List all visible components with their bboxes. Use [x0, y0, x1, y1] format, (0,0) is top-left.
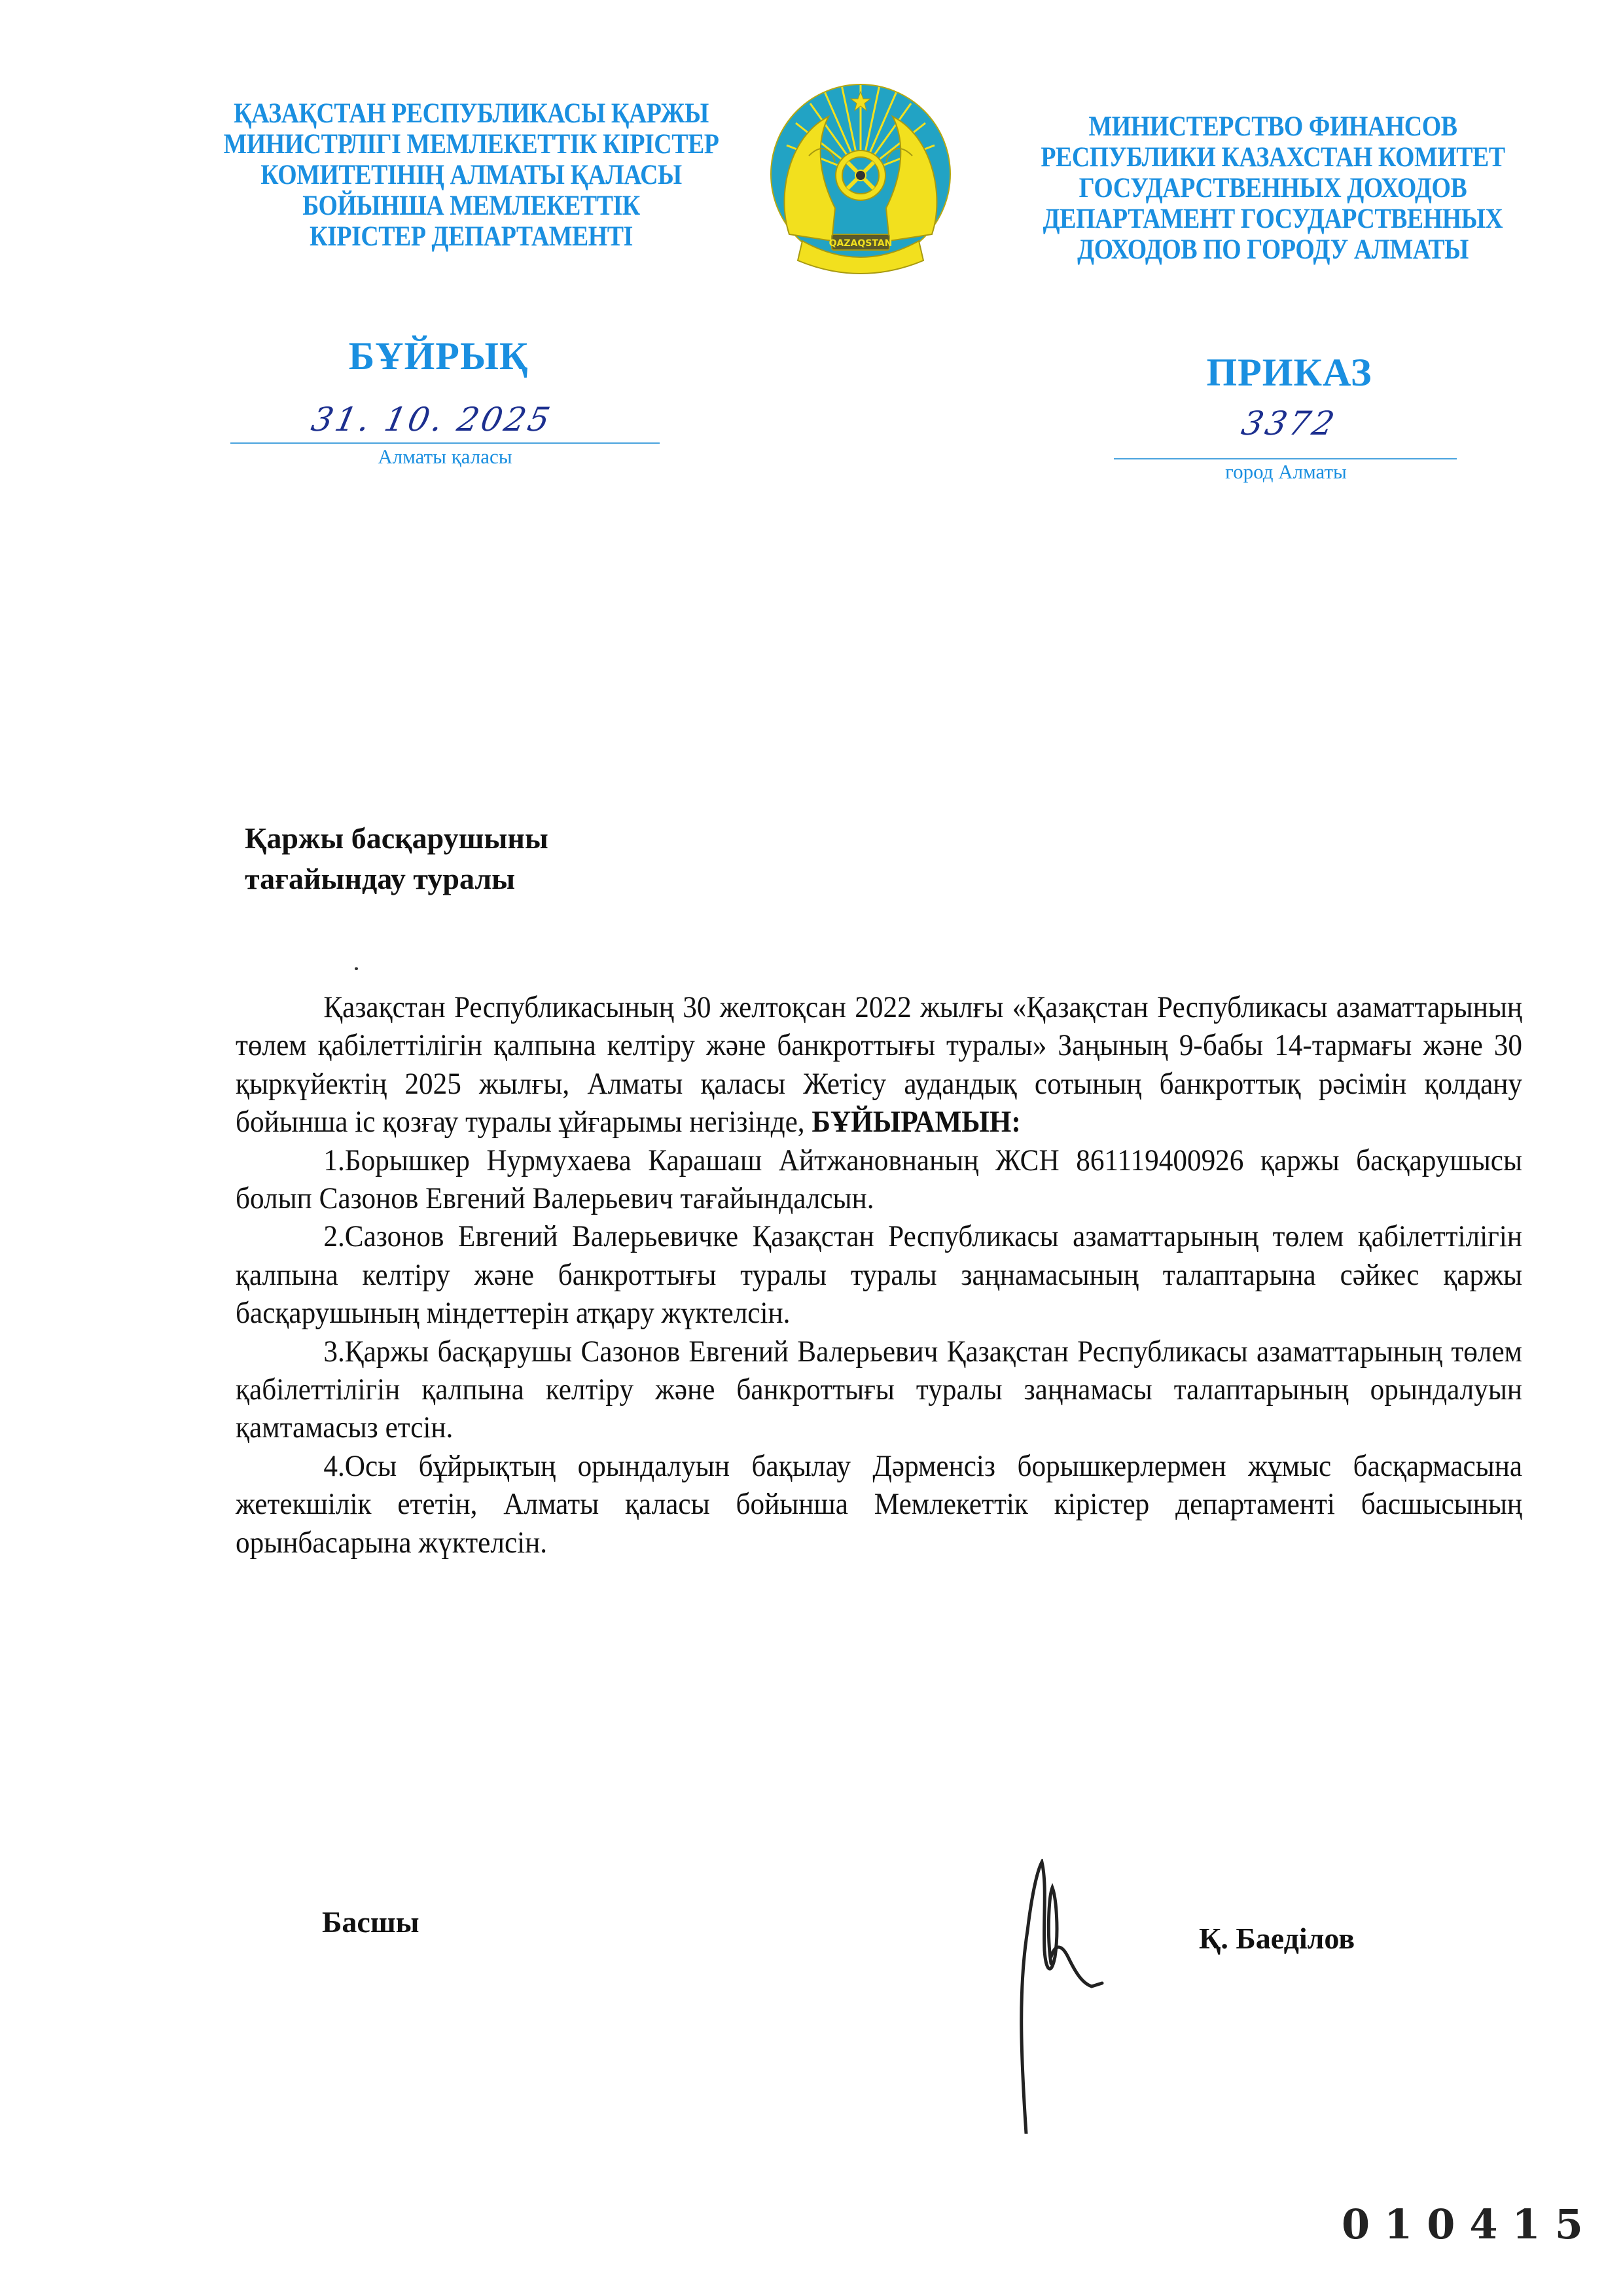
letterhead-ru-line: МИНИСТЕРСТВО ФИНАНСОВ	[1008, 111, 1538, 142]
order-item: 1.Борышкер Нурмухаева Карашаш Айтжановна…	[236, 1141, 1522, 1218]
order-item: 3.Қаржы басқарушы Сазонов Евгений Валерь…	[236, 1333, 1522, 1447]
letterhead-ru-line: РЕСПУБЛИКИ КАЗАХСТАН КОМИТЕТ	[1008, 142, 1538, 173]
document-body: Қазақстан Республикасының 30 желтоқсан 2…	[236, 988, 1522, 1562]
letterhead-kz: ҚАЗАҚСТАН РЕСПУБЛИКАСЫ ҚАРЖЫ МИНИСТРЛІГІ…	[183, 98, 759, 252]
letterhead-kz-line: КОМИТЕТІНІҢ АЛМАТЫ ҚАЛАСЫ	[183, 160, 759, 190]
city-ru: город Алматы	[1113, 460, 1459, 484]
letterhead-ru-line: ГОСУДАРСТВЕННЫХ ДОХОДОВ	[1008, 173, 1538, 204]
order-date-handwritten: 31. 10. 2025	[225, 401, 639, 439]
number-underline	[1114, 458, 1457, 459]
date-underline	[230, 442, 660, 444]
letterhead-kz-line: БОЙЫНША МЕМЛЕКЕТТІК	[183, 190, 759, 221]
subject-line: тағайындау туралы	[245, 859, 548, 899]
letterhead-kz-line: МИНИСТРЛІГІ МЕМЛЕКЕТТІК КІРІСТЕР	[183, 129, 759, 160]
order-item: 4.Осы бұйрықтың орындалуын бақылау Дәрме…	[236, 1447, 1522, 1562]
decree-word: БҰЙЫРАМЫН:	[811, 1105, 1020, 1139]
scan-speck	[355, 967, 358, 970]
preamble-paragraph: Қазақстан Республикасының 30 желтоқсан 2…	[236, 988, 1522, 1141]
letterhead-kz-line: КІРІСТЕР ДЕПАРТАМЕНТІ	[183, 221, 759, 252]
letterhead-ru-line: ДОХОДОВ ПО ГОРОДУ АЛМАТЫ	[1008, 234, 1538, 265]
signatory-role: Басшы	[322, 1905, 419, 1939]
letterhead-ru-line: ДЕПАРТАМЕНТ ГОСУДАРСТВЕННЫХ	[1008, 204, 1538, 234]
document-subject: Қаржы басқарушыны тағайындау туралы	[245, 818, 548, 899]
state-emblem-icon: QAZAQSTAN	[770, 77, 952, 287]
letterhead-ru: МИНИСТЕРСТВО ФИНАНСОВ РЕСПУБЛИКИ КАЗАХСТ…	[1008, 111, 1538, 265]
registration-number: 010415	[1342, 2200, 1597, 2248]
svg-text:QAZAQSTAN: QAZAQSTAN	[829, 238, 893, 249]
order-item: 2.Сазонов Евгений Валерьевичке Қазақстан…	[236, 1217, 1522, 1332]
handwritten-signature-icon	[995, 1859, 1152, 2134]
order-number-handwritten: 3372	[1109, 404, 1470, 442]
signatory-name: Қ. Баеділов	[1199, 1921, 1355, 1956]
letterhead-kz-line: ҚАЗАҚСТАН РЕСПУБЛИКАСЫ ҚАРЖЫ	[183, 98, 759, 129]
subject-line: Қаржы басқарушыны	[245, 818, 548, 859]
order-title-kz: БҰЙРЫҚ	[229, 334, 648, 379]
city-kz: Алматы қаласы	[229, 445, 661, 469]
order-title-ru: ПРИКАЗ	[1113, 350, 1466, 395]
